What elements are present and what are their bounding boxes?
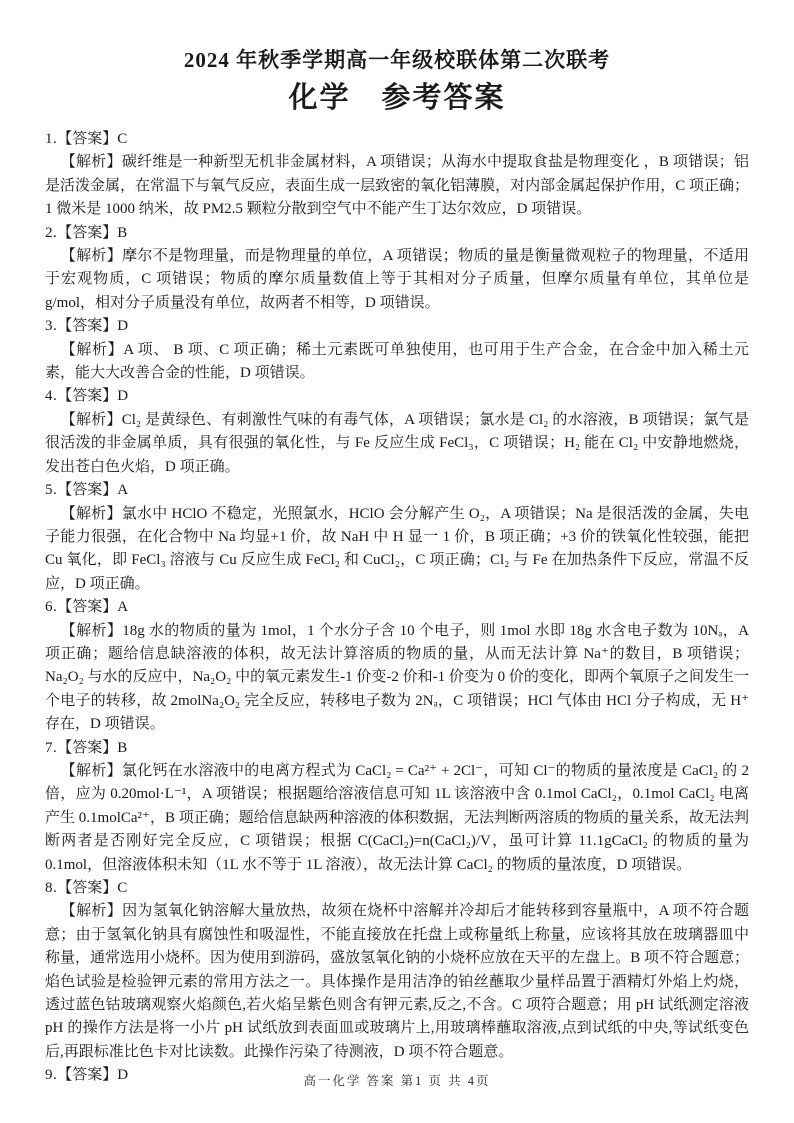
answer-label: 【答案】 [57,482,117,498]
analysis-text: 因为氢氧化钠溶解大量放热，故须在烧杯中溶解并冷却后才能转移到容量瓶中，A 项不符… [45,903,749,1059]
analysis-text: 摩尔不是物理量，而是物理量的单位，A 项错误；物质的量是衡量微观粒子的物理量，不… [45,248,749,311]
answer-item: 8.【答案】C 【解析】因为氢氧化钠溶解大量放热，故须在烧杯中溶解并冷却后才能转… [45,877,749,1064]
question-number: 3. [45,318,57,334]
answer-label: 【答案】 [57,388,117,404]
analysis-text: 氯化钙在水溶液中的电离方程式为 CaCl₂ = Ca²⁺ + 2Cl⁻，可知 C… [45,763,749,873]
analysis-paragraph: 【解析】碳纤维是一种新型无机非金属材料，A 项错误；从海水中提取食盐是物理变化 … [45,151,749,221]
analysis-paragraph: 【解析】18g 水的物质的量为 1mol，1 个水分子含 10 个电子，则 1m… [45,620,749,737]
page-footer: 高一化学 答案 第1 页 共 4页 [0,1071,794,1089]
answer-line: 8.【答案】C [45,877,749,900]
answer-item: 1.【答案】C 【解析】碳纤维是一种新型无机非金属材料，A 项错误；从海水中提取… [45,128,749,222]
answer-item: 7.【答案】B 【解析】氯化钙在水溶液中的电离方程式为 CaCl₂ = Ca²⁺… [45,737,749,877]
analysis-text: A 项、 B 项、C 项正确；稀土元素既可单独使用，也可用于生产合金，在合金中加… [45,342,749,381]
analysis-label: 【解析】 [61,154,122,170]
answer-line: 2.【答案】B [45,222,749,245]
answer-line: 4.【答案】D [45,385,749,408]
analysis-label: 【解析】 [61,763,122,779]
analysis-label: 【解析】 [61,506,122,522]
question-number: 2. [45,225,57,241]
question-number: 7. [45,740,57,756]
exam-title: 2024 年秋季学期高一年级校联体第二次联考 [45,46,749,74]
answer-label: 【答案】 [57,740,117,756]
answer-item: 3.【答案】D 【解析】A 项、 B 项、C 项正确；稀土元素既可单独使用，也可… [45,315,749,385]
analysis-paragraph: 【解析】氯水中 HClO 不稳定，光照氯水，HClO 会分解产生 O₂，A 项错… [45,503,749,597]
analysis-paragraph: 【解析】Cl₂ 是黄绿色、有刺激性气味的有毒气体，A 项错误；氯水是 Cl₂ 的… [45,409,749,479]
answer-letter: A [117,482,128,498]
analysis-text: 氯水中 HClO 不稳定，光照氯水，HClO 会分解产生 O₂，A 项错误；Na… [45,506,749,592]
analysis-label: 【解析】 [61,342,124,358]
analysis-label: 【解析】 [61,248,122,264]
answer-item: 5.【答案】A 【解析】氯水中 HClO 不稳定，光照氯水，HClO 会分解产生… [45,479,749,596]
answer-label: 【答案】 [57,225,117,241]
answer-letter: C [117,131,127,147]
answer-letter: D [117,318,128,334]
answer-label: 【答案】 [57,131,117,147]
answer-line: 1.【答案】C [45,128,749,151]
analysis-label: 【解析】 [61,903,122,919]
question-number: 4. [45,388,57,404]
analysis-label: 【解析】 [61,412,122,428]
answer-letter: B [117,740,127,756]
question-number: 5. [45,482,57,498]
analysis-text: Cl₂ 是黄绿色、有刺激性气味的有毒气体，A 项错误；氯水是 Cl₂ 的水溶液，… [45,412,749,475]
answer-letter: A [117,599,128,615]
question-number: 8. [45,880,57,896]
document-page: 2024 年秋季学期高一年级校联体第二次联考 化学 参考答案 1.【答案】C 【… [0,0,794,1123]
analysis-label: 【解析】 [61,623,122,639]
answer-line: 6.【答案】A [45,596,749,619]
analysis-text: 18g 水的物质的量为 1mol，1 个水分子含 10 个电子，则 1mol 水… [45,623,749,733]
answers-content: 1.【答案】C 【解析】碳纤维是一种新型无机非金属材料，A 项错误；从海水中提取… [45,128,749,1088]
answer-letter: D [117,388,128,404]
answer-label: 【答案】 [57,880,117,896]
answer-line: 7.【答案】B [45,737,749,760]
question-number: 6. [45,599,57,615]
question-number: 1. [45,131,57,147]
answer-letter: B [117,225,127,241]
answer-line: 5.【答案】A [45,479,749,502]
answer-label: 【答案】 [57,599,117,615]
analysis-paragraph: 【解析】因为氢氧化钠溶解大量放热，故须在烧杯中溶解并冷却后才能转移到容量瓶中，A… [45,900,749,1064]
answer-item: 4.【答案】D 【解析】Cl₂ 是黄绿色、有刺激性气味的有毒气体，A 项错误；氯… [45,385,749,479]
analysis-paragraph: 【解析】A 项、 B 项、C 项正确；稀土元素既可单独使用，也可用于生产合金，在… [45,339,749,386]
answer-item: 6.【答案】A 【解析】18g 水的物质的量为 1mol，1 个水分子含 10 … [45,596,749,736]
analysis-paragraph: 【解析】摩尔不是物理量，而是物理量的单位，A 项错误；物质的量是衡量微观粒子的物… [45,245,749,315]
answer-line: 3.【答案】D [45,315,749,338]
analysis-paragraph: 【解析】氯化钙在水溶液中的电离方程式为 CaCl₂ = Ca²⁺ + 2Cl⁻，… [45,760,749,877]
answer-label: 【答案】 [57,318,117,334]
answer-item: 2.【答案】B 【解析】摩尔不是物理量，而是物理量的单位，A 项错误；物质的量是… [45,222,749,316]
answer-letter: C [117,880,127,896]
subject-answer-title: 化学 参考答案 [45,78,749,118]
analysis-text: 碳纤维是一种新型无机非金属材料，A 项错误；从海水中提取食盐是物理变化 ，B 项… [45,154,749,217]
